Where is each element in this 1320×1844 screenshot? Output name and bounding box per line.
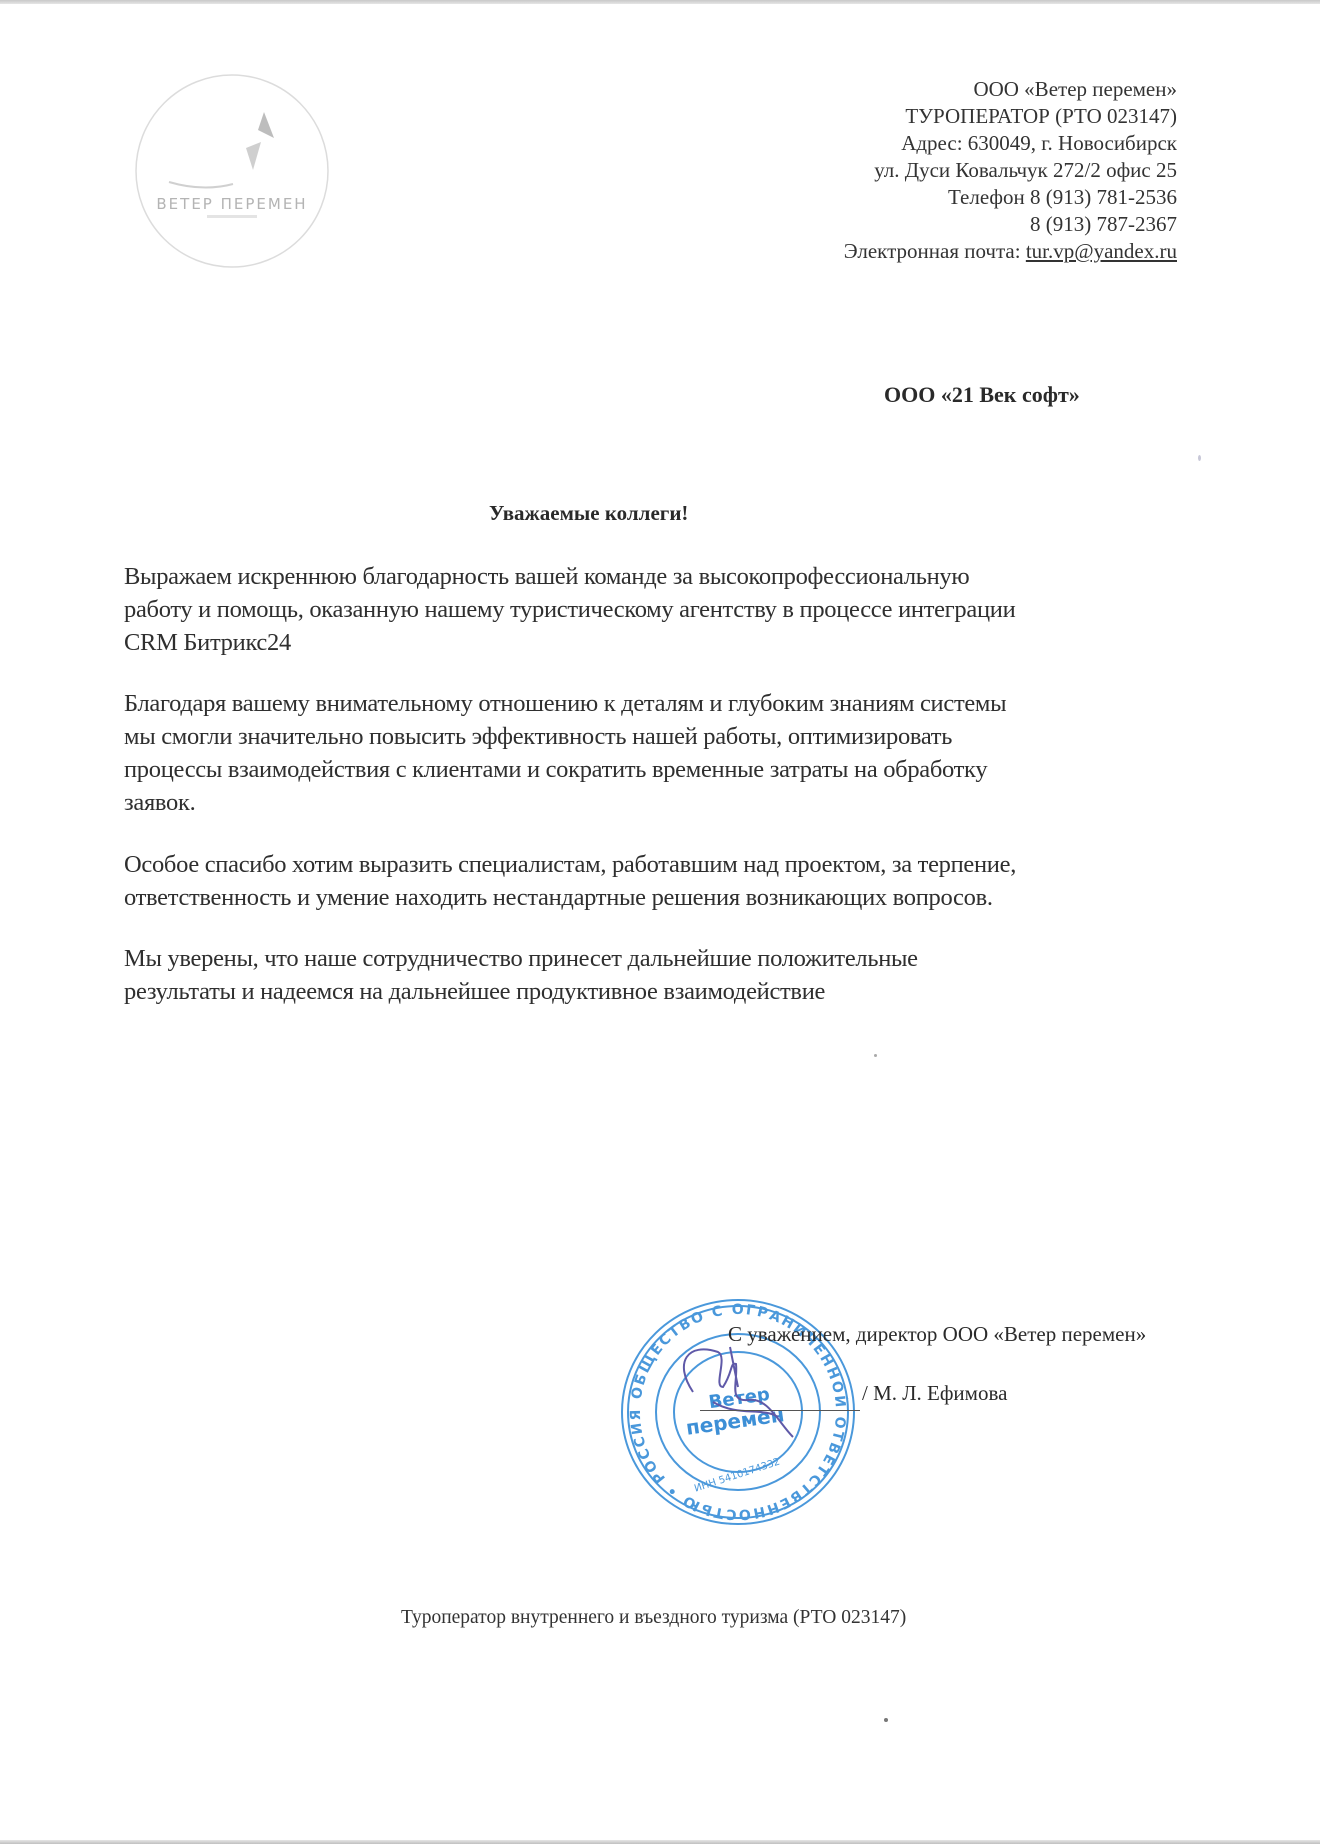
sender-phone-line1: Телефон 8 (913) 781-2536 <box>844 184 1177 211</box>
paragraph-1: Выражаем искреннюю благодарность вашей к… <box>124 560 1234 659</box>
paragraph-line: Благодаря вашему внимательному отношению… <box>124 687 1234 720</box>
svg-text:ВЕТЕР ПЕРЕМЕН: ВЕТЕР ПЕРЕМЕН <box>156 195 307 213</box>
signature-line <box>700 1410 860 1411</box>
scan-speck <box>874 1054 877 1057</box>
paragraph-line: CRM Битрикс24 <box>124 626 1234 659</box>
sender-address-line1: Адрес: 630049, г. Новосибирск <box>844 130 1177 157</box>
closing-phrase: С уважением, директор ООО «Ветер перемен… <box>728 1322 1146 1347</box>
sender-address-line2: ул. Дуси Ковальчук 272/2 офис 25 <box>844 157 1177 184</box>
salutation: Уважаемые коллеги! <box>489 501 688 526</box>
footer-note: Туроператор внутреннего и въездного тури… <box>401 1607 906 1629</box>
signer-name: / М. Л. Ефимова <box>862 1381 1007 1406</box>
paragraph-line: работу и помощь, оказанную нашему турист… <box>124 593 1234 626</box>
recipient: ООО «21 Век софт» <box>884 382 1080 408</box>
scan-edge-top <box>0 0 1320 4</box>
paragraph-line: заявок. <box>124 786 1234 819</box>
sender-details: ООО «Ветер перемен» ТУРОПЕРАТОР (РТО 023… <box>844 76 1177 265</box>
paragraph-line: процессы взаимодействия с клиентами и со… <box>124 753 1234 786</box>
paper-plane-logo-icon <box>246 112 274 170</box>
scan-speck <box>884 1718 888 1722</box>
paragraph-line: мы смогли значительно повысить эффективн… <box>124 720 1234 753</box>
paragraph-3: Особое спасибо хотим выразить специалист… <box>124 848 1234 914</box>
sender-activity: ТУРОПЕРАТОР (РТО 023147) <box>844 103 1177 130</box>
scan-edge-bottom <box>0 1840 1320 1844</box>
sender-email-row: Электронная почта: tur.vp@yandex.ru <box>844 238 1177 265</box>
email-label: Электронная почта: <box>844 239 1026 263</box>
paragraph-line: Мы уверены, что наше сотрудничество прин… <box>124 942 1234 975</box>
email-link[interactable]: tur.vp@yandex.ru <box>1026 239 1177 263</box>
company-logo: ВЕТЕР ПЕРЕМЕН <box>133 72 331 270</box>
paragraph-line: Особое спасибо хотим выразить специалист… <box>124 848 1234 881</box>
paragraph-2: Благодаря вашему внимательному отношению… <box>124 687 1234 819</box>
paragraph-line: Выражаем искреннюю благодарность вашей к… <box>124 560 1234 593</box>
svg-text:ИНН 5410174332: ИНН 5410174332 <box>693 1457 781 1495</box>
paragraph-line: результаты и надеемся на дальнейшее прод… <box>124 975 1234 1008</box>
sender-phone-line2: 8 (913) 787-2367 <box>844 211 1177 238</box>
paragraph-line: ответственность и умение находить нестан… <box>124 881 1234 914</box>
sender-company: ООО «Ветер перемен» <box>844 76 1177 103</box>
paragraph-4: Мы уверены, что наше сотрудничество прин… <box>124 942 1234 1008</box>
scan-speck <box>1198 455 1201 461</box>
